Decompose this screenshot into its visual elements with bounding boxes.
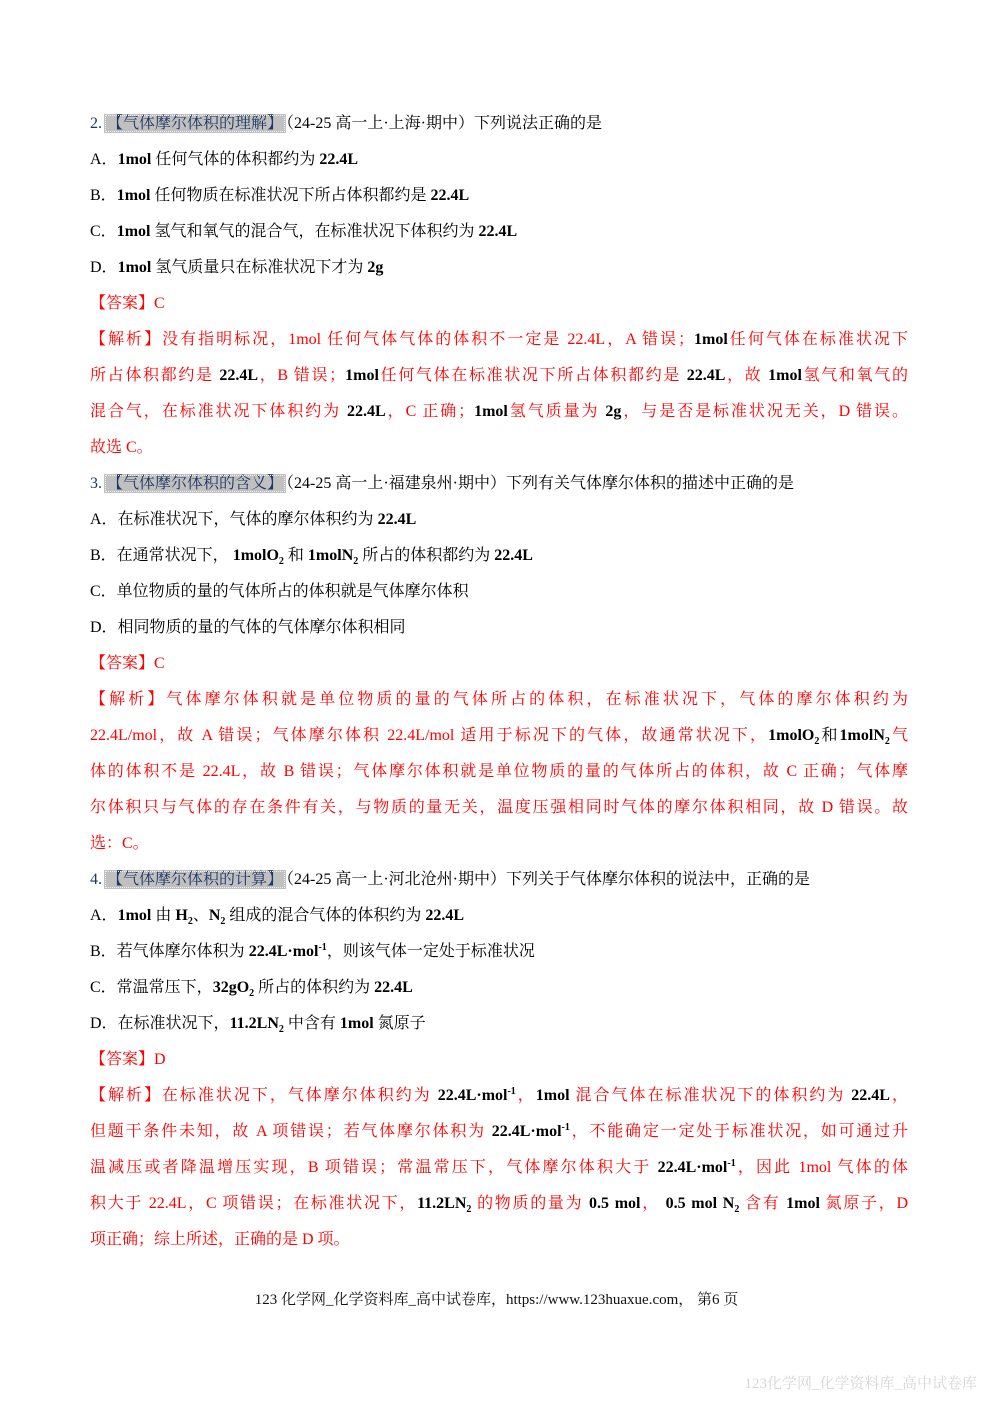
- analysis-line: 【解析】没有指明标况，1mol 任何气体气体的体积不一定是 22.4L，A 错误…: [90, 322, 908, 358]
- analysis-line: 温减压或者降温增压实现，B 项错误；常温常压下，气体摩尔体积大于 22.4L·m…: [90, 1150, 908, 1186]
- answer-value: D: [154, 1051, 166, 1068]
- question-stem: （24-25 高一上·河北沧州·期中）下列关于气体摩尔体积的说法中，正确的是: [286, 871, 810, 888]
- analysis-line: 混合气，在标准状况下体积约为 22.4L，C 正确；1mol氢气质量为 2g，与…: [90, 394, 908, 430]
- question-tag: 【气体摩尔体积的计算】: [104, 870, 286, 889]
- watermark: 123化学网_化学资料库_高中试卷库: [744, 1372, 977, 1393]
- question-header: 2.【气体摩尔体积的理解】（24-25 高一上·上海·期中）下列说法正确的是: [90, 106, 908, 142]
- question-tag: 【气体摩尔体积的含义】: [104, 474, 286, 493]
- answer-line: 【答案】C: [90, 646, 908, 682]
- answer-line: 【答案】D: [90, 1042, 908, 1078]
- option-row-a: A．1mol 由 H2、N2 组成的混合气体的体积约为 22.4L: [90, 898, 908, 934]
- question-header: 3.【气体摩尔体积的含义】（24-25 高一上·福建泉州·期中）下列有关气体摩尔…: [90, 466, 908, 502]
- option-row-d: D．相同物质的量的气体的气体摩尔体积相同: [90, 610, 908, 646]
- option-row-d: D．1mol 氢气质量只在标准状况下才为 2g: [90, 250, 908, 286]
- analysis-line: 尔体积只与气体的存在条件有关，与物质的量无关，温度压强相同时气体的摩尔体积相同，…: [90, 790, 908, 826]
- question-tag: 【气体摩尔体积的理解】: [104, 114, 286, 133]
- question-number: 3.: [90, 475, 102, 492]
- question-block-4: 4.【气体摩尔体积的计算】（24-25 高一上·河北沧州·期中）下列关于气体摩尔…: [90, 862, 908, 1258]
- question-stem: （24-25 高一上·上海·期中）下列说法正确的是: [286, 115, 602, 132]
- question-header: 4.【气体摩尔体积的计算】（24-25 高一上·河北沧州·期中）下列关于气体摩尔…: [90, 862, 908, 898]
- analysis-line: 故选 C。: [90, 430, 908, 466]
- question-stem: （24-25 高一上·福建泉州·期中）下列有关气体摩尔体积的描述中正确的是: [286, 475, 794, 492]
- option-row-d: D．在标准状况下，11.2LN2 中含有 1mol 氮原子: [90, 1006, 908, 1042]
- page-footer: 123 化学网_化学资料库_高中试卷库，https://www.123huaxu…: [0, 1288, 993, 1309]
- analysis-line: 【解析】气体摩尔体积就是单位物质的量的气体所占的体积，在标准状况下，气体的摩尔体…: [90, 682, 908, 718]
- analysis-line: 但题干条件未知，故 A 项错误；若气体摩尔体积为 22.4L·mol-1，不能确…: [90, 1114, 908, 1150]
- question-number: 2.: [90, 115, 102, 132]
- question-block-2: 2.【气体摩尔体积的理解】（24-25 高一上·上海·期中）下列说法正确的是 A…: [90, 106, 908, 466]
- analysis-line: 22.4L/mol，故 A 错误；气体摩尔体积 22.4L/mol 适用于标况下…: [90, 718, 908, 754]
- answer-value: C: [154, 295, 165, 312]
- option-row-c: C．单位物质的量的气体所占的体积就是气体摩尔体积: [90, 574, 908, 610]
- question-block-3: 3.【气体摩尔体积的含义】（24-25 高一上·福建泉州·期中）下列有关气体摩尔…: [90, 466, 908, 862]
- option-row-a: A．在标准状况下，气体的摩尔体积约为 22.4L: [90, 502, 908, 538]
- answer-line: 【答案】C: [90, 286, 908, 322]
- option-row-b: B．1mol 任何物质在标准状况下所占体积都约是 22.4L: [90, 178, 908, 214]
- answer-label: 【答案】: [90, 1051, 154, 1068]
- analysis-line: 【解析】在标准状况下，气体摩尔体积约为 22.4L·mol-1，1mol 混合气…: [90, 1078, 908, 1114]
- analysis-line: 项正确；综上所述，正确的是 D 项。: [90, 1222, 908, 1258]
- analysis-line: 积大于 22.4L，C 项错误；在标准状况下，11.2LN2 的物质的量为 0.…: [90, 1186, 908, 1222]
- answer-value: C: [154, 655, 165, 672]
- document-content: 2.【气体摩尔体积的理解】（24-25 高一上·上海·期中）下列说法正确的是 A…: [90, 106, 908, 1258]
- analysis-line: 选：C。: [90, 826, 908, 862]
- question-number: 4.: [90, 871, 102, 888]
- option-row-a: A．1mol 任何气体的体积都约为 22.4L: [90, 142, 908, 178]
- analysis-line: 体的体积不是 22.4L，故 B 错误；气体摩尔体积就是单位物质的量的气体所占的…: [90, 754, 908, 790]
- answer-label: 【答案】: [90, 295, 154, 312]
- analysis-line: 所占体积都约是 22.4L，B 错误；1mol任何气体在标准状况下所占体积都约是…: [90, 358, 908, 394]
- option-row-b: B．在通常状况下， 1molO2 和 1molN2 所占的体积都约为 22.4L: [90, 538, 908, 574]
- option-row-c: C．1mol 氢气和氧气的混合气，在标准状况下体积约为 22.4L: [90, 214, 908, 250]
- option-row-b: B．若气体摩尔体积为 22.4L·mol-1，则该气体一定处于标准状况: [90, 934, 908, 970]
- option-row-c: C．常温常压下，32gO2 所占的体积约为 22.4L: [90, 970, 908, 1006]
- answer-label: 【答案】: [90, 655, 154, 672]
